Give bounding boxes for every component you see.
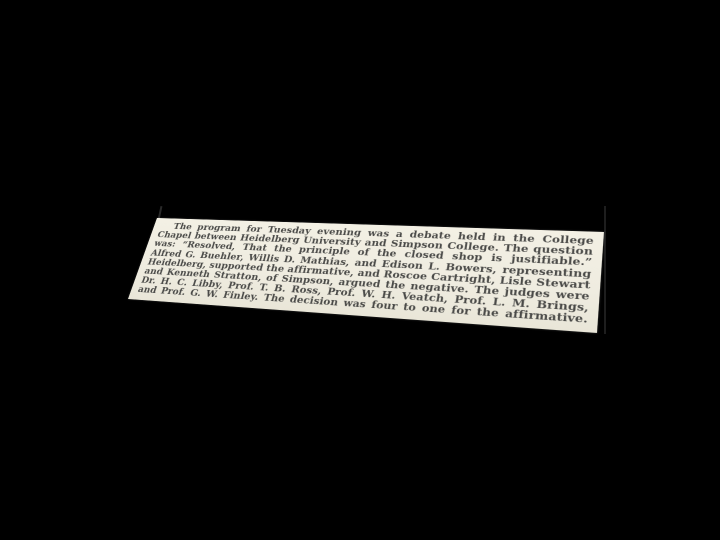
article-paragraph: The program for Tuesday evening was a de… — [136, 222, 594, 326]
paper-edge-shadow — [604, 206, 606, 334]
newspaper-clipping: The program for Tuesday evening was a de… — [128, 218, 604, 333]
stage: The program for Tuesday evening was a de… — [0, 0, 720, 540]
